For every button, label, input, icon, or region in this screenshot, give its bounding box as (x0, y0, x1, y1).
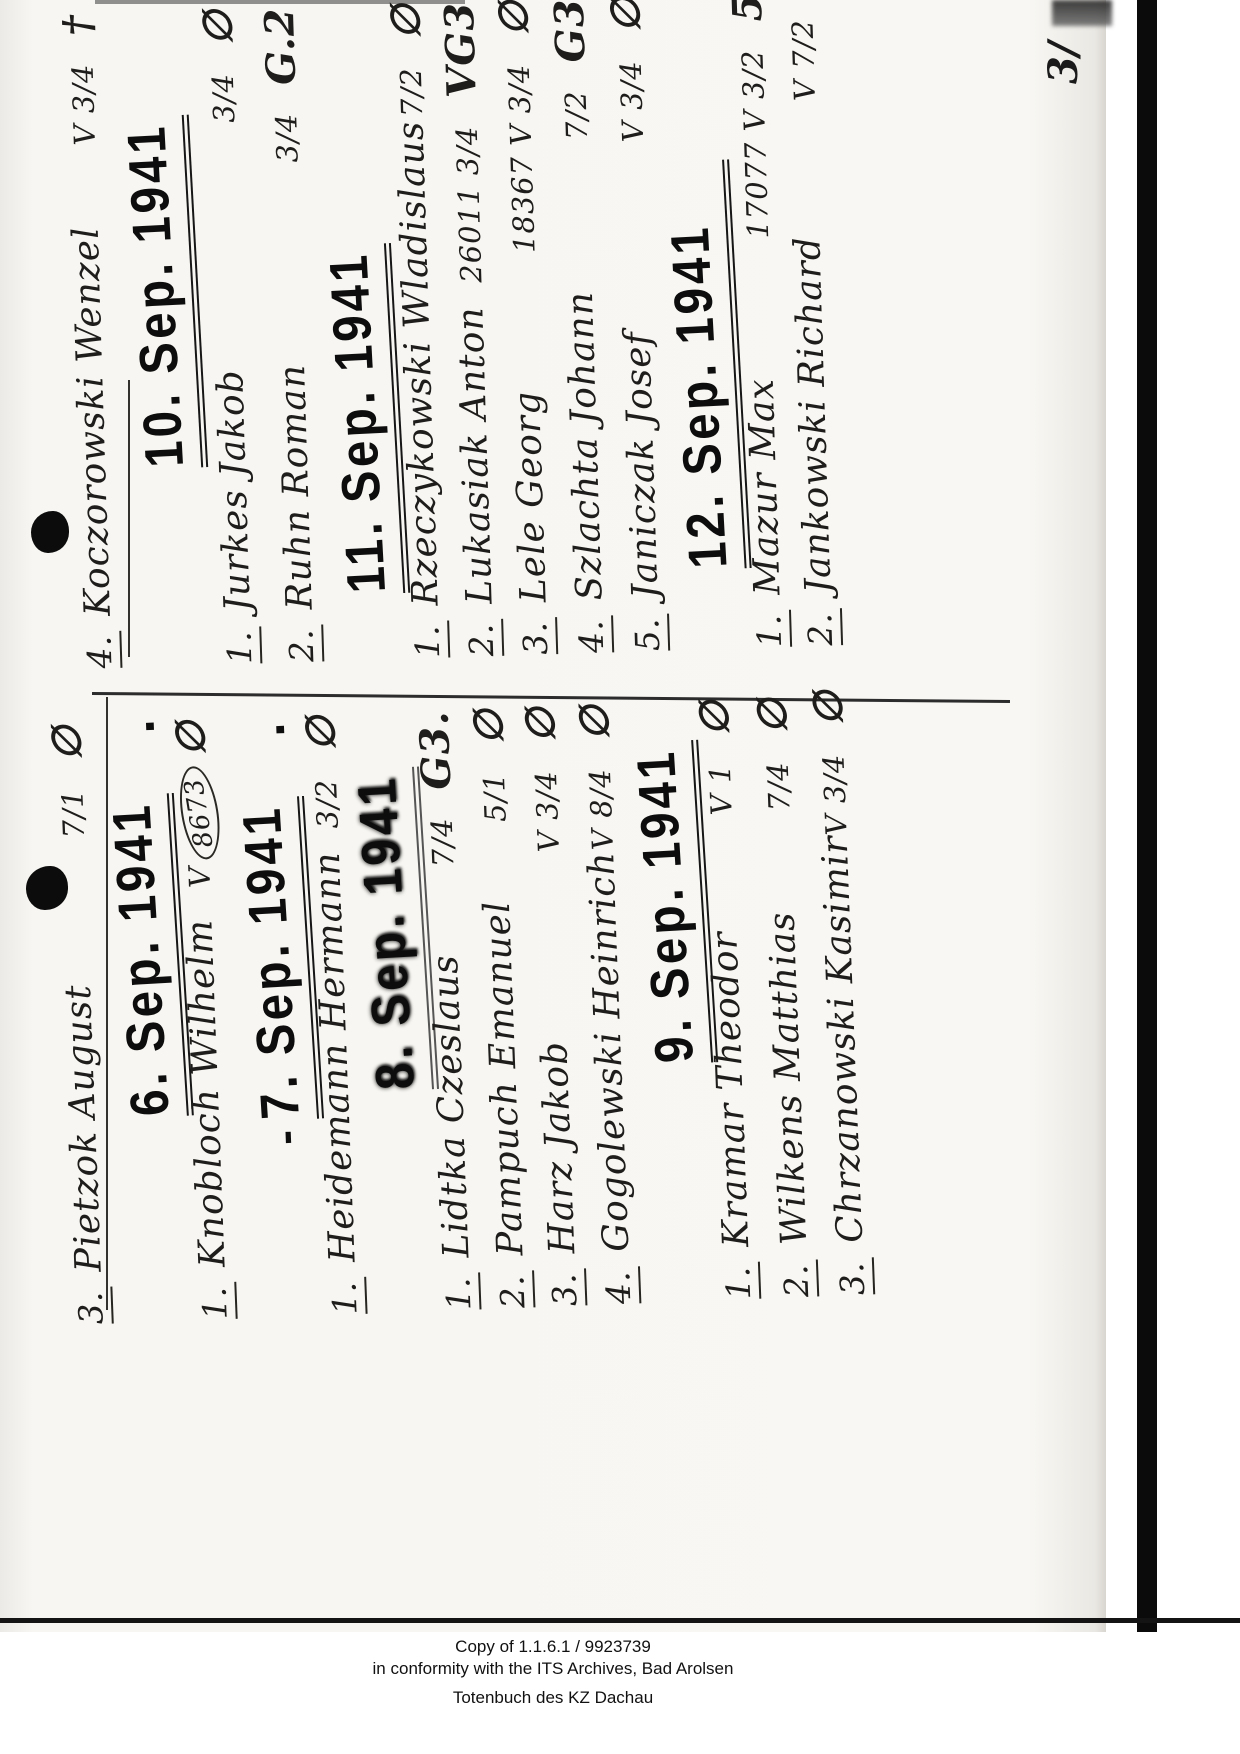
entry-name: Jurkes Jakob (202, 122, 258, 612)
ledger-entry: 1. Kramar Theodor V 1 ∅ (690, 699, 761, 1300)
entry-number: 1. (324, 1277, 367, 1315)
entry-name: Rzeczykowski Wladislaus (390, 116, 446, 606)
death-mark: ∅ (43, 724, 91, 762)
document-scan: 3/ 3. Pietzok August 7/1 ∅ 6. Sep. 1941 … (0, 0, 1240, 1754)
entry-number: 2. (800, 609, 843, 647)
date-stamp-row: 10. Sep. 1941 (114, 0, 209, 469)
death-mark: ∅ (382, 3, 430, 40)
category-mark: G3. (411, 710, 461, 791)
entry-annotation: V 3/4 (816, 753, 853, 836)
entry-annotation: V 3/4 (65, 63, 102, 146)
death-mark: ∅ (748, 697, 796, 735)
entry-name: Harz Jakob (527, 851, 583, 1254)
caption-reference: Copy of 1.1.6.1 / 9923739 (0, 1636, 1106, 1658)
entry-name: Kramar Theodor (700, 815, 758, 1248)
entry-name: Pietzok August (52, 837, 110, 1272)
death-mark: ∅ (194, 9, 242, 46)
death-mark: ∅ (490, 0, 538, 37)
entry-name: Knobloch Wilhelm (178, 887, 234, 1268)
entry-name: Lukasiak Anton (450, 282, 501, 604)
entry-number: 3. (544, 1269, 587, 1307)
entry-name: Koczorowski Wenzel (63, 145, 119, 617)
entry-number: 3. (515, 618, 558, 656)
death-mark: ∅ (602, 0, 650, 33)
category-mark: G.2 (256, 7, 305, 86)
entry-number: 3. (832, 1258, 875, 1296)
ledger-column-right: 4. Koczorowski Wenzel V 3/4 † 10. Sep. 1… (0, 0, 930, 671)
entry-annotation: 5/1 (477, 772, 513, 823)
ledger-entry: 4. Koczorowski Wenzel V 3/4 † (54, 13, 123, 669)
entry-annotation: 7/4 (425, 817, 461, 868)
entry-annotation: 3/4 (269, 112, 305, 163)
entry-annotation: V 1 (703, 763, 739, 816)
category-mark: VG3 (436, 1, 486, 98)
entry-name: Chrzanowski Kasimir (815, 835, 872, 1244)
ledger-entry: 1. Knobloch Wilhelm V 8673 ∅ (167, 719, 238, 1320)
entry-number: 3. (70, 1287, 113, 1325)
entry-number: 2. (776, 1260, 819, 1298)
scan-bottom-line (0, 1618, 1240, 1623)
entry-name: Lidtka Czeslaus (422, 866, 478, 1258)
stamp-dot: . (107, 718, 168, 735)
entry-number: 4. (598, 1267, 641, 1305)
entry-number: 1. (219, 627, 262, 665)
entry-annotation: V 3/4 (529, 770, 566, 853)
entry-number: 5. (627, 614, 670, 652)
death-mark: ∅ (297, 714, 345, 752)
caption-conformity: in conformity with the ITS Archives, Bad… (0, 1658, 1106, 1680)
entry-annotation: 26011 3/4 (450, 125, 489, 283)
stamp-dot: . (237, 722, 298, 739)
entry-number: 1. (438, 1273, 481, 1311)
caption-source: Totenbuch des KZ Dachau (0, 1687, 1106, 1709)
page-corner-note: 3/ (1040, 42, 1087, 84)
entry-number: 4. (79, 631, 122, 669)
archive-caption: Copy of 1.1.6.1 / 9923739 in conformity … (0, 1636, 1106, 1709)
death-mark: ∅ (167, 719, 215, 757)
death-mark: ∅ (464, 708, 512, 746)
entry-annotation: 7/1 (55, 788, 91, 839)
date-stamp: 10. Sep. 1941 (115, 114, 208, 470)
circled-number: 8673 (174, 763, 226, 862)
ledger-column-left: 3. Pietzok August 7/1 ∅ 6. Sep. 1941 . 1… (0, 693, 931, 1328)
entry-number: 2. (461, 619, 504, 657)
entry-name: Lele Georg (503, 252, 555, 602)
entry-annotation: V 8/4 (583, 768, 620, 851)
entry-annotation: V 3/4 (614, 60, 651, 143)
rotated-ledger-content: 3/ 3. Pietzok August 7/1 ∅ 6. Sep. 1941 … (0, 0, 1110, 1632)
entry-number: 1. (749, 610, 792, 648)
entry-annotation: 17077 V 3/2 (735, 49, 775, 239)
cross-mark: † (54, 13, 102, 36)
category-mark: G3 (546, 0, 595, 63)
ledger-entry: 1. Jurkes Jakob 3/4 ∅ (194, 9, 263, 665)
entry-annotation: 3/4 (206, 73, 242, 124)
entry-annotation: 7/2 (394, 67, 430, 118)
entry-name: Jankowski Richard (783, 100, 839, 594)
stamp-dash: - (261, 1129, 312, 1146)
scan-black-bar (1137, 0, 1157, 1632)
entry-name: Wilkens Matthias (758, 810, 816, 1245)
entry-annotation: V 7/2 (785, 19, 822, 102)
margin-mark: 5 (724, 0, 772, 22)
death-mark: ∅ (690, 699, 738, 737)
entry-number: 1. (194, 1282, 237, 1320)
entry-name: Gogolewski Heinrich (581, 849, 637, 1252)
entry-annotation: V (182, 865, 217, 888)
entry-number: 4. (571, 616, 614, 654)
entry-annotation: 7/2 (559, 90, 595, 141)
entry-name: Szlachta Johann (555, 139, 610, 601)
entry-number: 2. (281, 625, 324, 663)
ledger-entry: 5. Janiczak Josef V 3/4 ∅ (602, 0, 671, 652)
entry-annotation: 3/2 (309, 778, 345, 829)
entry-number: 1. (718, 1262, 761, 1300)
death-mark: ∅ (570, 704, 618, 742)
ledger-entry: 2. Ruhn Roman 3/4 G.2 (256, 7, 325, 663)
entry-number: 1. (407, 621, 450, 659)
death-mark: ∅ (516, 706, 564, 744)
entry-annotation: 7/4 (761, 761, 797, 812)
death-mark: ∅ (804, 689, 852, 727)
entry-name: Ruhn Roman (266, 162, 321, 610)
entry-number: 2. (492, 1271, 535, 1309)
entry-annotation: 18367 V 3/4 (502, 63, 542, 253)
entry-name: Mazur Max (736, 238, 788, 595)
